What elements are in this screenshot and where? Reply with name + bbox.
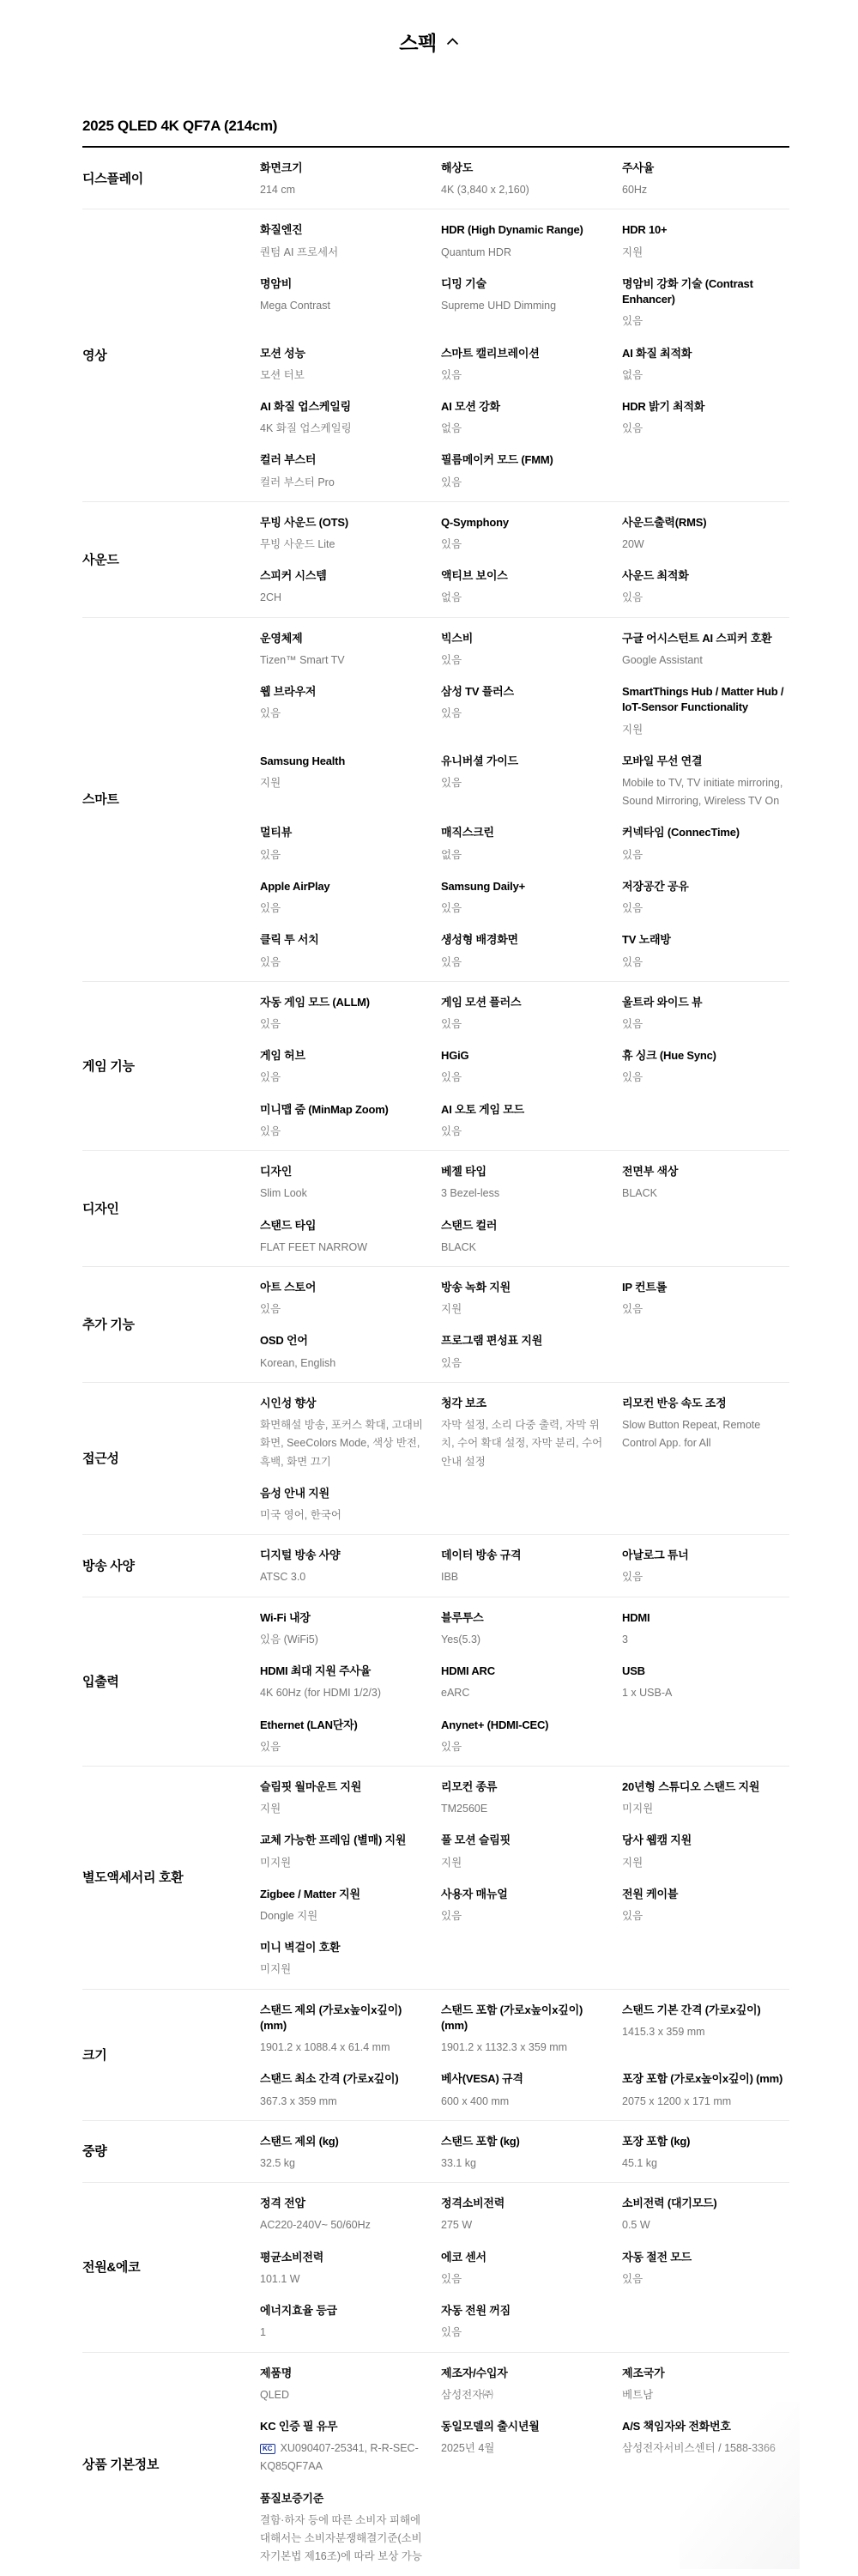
spec-cell: 미니 벽걸이 호환미지원 — [260, 1940, 427, 1979]
spec-item-label: 무빙 사운드 (OTS) — [260, 515, 424, 530]
spec-cell: 무빙 사운드 (OTS)무빙 사운드 Lite — [260, 515, 427, 554]
spec-item-value: 있음 — [622, 1300, 786, 1318]
spec-item-value: 있음 — [260, 1069, 424, 1087]
spec-item-label: 미니맵 줌 (MinMap Zoom) — [260, 1102, 424, 1118]
spec-item-value: 4K (3,840 x 2,160) — [441, 181, 605, 199]
spec-item-value: 2CH — [260, 589, 424, 607]
spec-item-label: 생성형 배경화면 — [441, 932, 605, 948]
spec-cell: 삼성 TV 플러스있음 — [441, 684, 608, 723]
spec-item-value: 있음 — [441, 1355, 605, 1373]
spec-item-value: 1 — [260, 2324, 424, 2342]
spec-item-value: AC220-240V~ 50/60Hz — [260, 2216, 424, 2234]
spec-item-value: BLACK — [622, 1185, 786, 1203]
spec-item-label: 베젤 타입 — [441, 1164, 605, 1179]
spec-item-label: 화질엔진 — [260, 222, 424, 238]
spec-cell: AI 화질 최적화없음 — [622, 346, 789, 385]
spec-item-label: 청각 보조 — [441, 1396, 605, 1411]
spec-item-label: 울트라 와이드 뷰 — [622, 995, 786, 1010]
spec-item-value: ATSC 3.0 — [260, 1568, 424, 1586]
spec-item-value: 무빙 사운드 Lite — [260, 536, 424, 554]
spec-item-value: 1415.3 x 359 mm — [622, 2023, 786, 2041]
spec-item-label: 제조자/수입자 — [441, 2366, 605, 2381]
spec-item-value: 삼성전자㈜ — [441, 2386, 605, 2404]
spec-item-label: Wi-Fi 내장 — [260, 1610, 424, 1626]
spec-item-value: 미국 영어, 한국어 — [260, 1506, 424, 1524]
spec-item-value: 베트남 — [622, 2386, 786, 2404]
spec-item-value: 있음 — [622, 1907, 786, 1925]
spec-cell: 빅스비있음 — [441, 631, 608, 670]
spec-item-value: 1901.2 x 1132.3 x 359 mm — [441, 2039, 605, 2057]
spec-item-value: 컬러 부스터 Pro — [260, 474, 424, 492]
spec-item-label: HDMI ARC — [441, 1664, 605, 1679]
section-label: 디자인 — [82, 1199, 260, 1226]
spec-item-value: 미지원 — [260, 1854, 424, 1872]
spec-cell: 모바일 무선 연결Mobile to TV, TV initiate mirro… — [622, 754, 789, 811]
spec-section-video: 영상화질엔진퀀텀 AI 프로세서HDR (High Dynamic Range)… — [82, 209, 789, 501]
section-label: 중량 — [82, 2142, 260, 2168]
spec-content: 2025 QLED 4K QF7A (214cm) 디스플레이화면크기214 c… — [82, 118, 789, 2576]
spec-cell: 미니맵 줌 (MinMap Zoom)있음 — [260, 1102, 427, 1141]
spec-item-label: 유니버셜 가이드 — [441, 754, 605, 769]
spec-cell: 스탠드 컬러BLACK — [441, 1218, 608, 1257]
spec-cell: 웹 브라우저있음 — [260, 684, 427, 723]
spec-cell: 커넥타임 (ConnecTime)있음 — [622, 825, 789, 864]
spec-item-label: HGiG — [441, 1048, 605, 1064]
section-label: 게임 기능 — [82, 1057, 260, 1083]
spec-item-label: TV 노래방 — [622, 932, 786, 948]
spec-item-value: 20W — [622, 536, 786, 554]
spec-cell: USB1 x USB-A — [622, 1664, 789, 1702]
spec-item-value: Dongle 지원 — [260, 1907, 424, 1925]
spec-cell: 게임 모션 플러스있음 — [441, 995, 608, 1033]
spec-item-label: 프로그램 편성표 지원 — [441, 1333, 605, 1349]
spec-cell: 음성 안내 지원미국 영어, 한국어 — [260, 1486, 427, 1524]
spec-item-value: 33.1 kg — [441, 2155, 605, 2173]
spec-cell: HDR (High Dynamic Range)Quantum HDR — [441, 222, 608, 261]
spec-section-sound: 사운드무빙 사운드 (OTS)무빙 사운드 LiteQ-Symphony있음사운… — [82, 502, 789, 618]
spec-cell: 아트 스토어있음 — [260, 1280, 427, 1318]
spec-item-label: 디밍 기술 — [441, 276, 605, 292]
spec-item-label: 아트 스토어 — [260, 1280, 424, 1295]
spec-cell: 유니버셜 가이드있음 — [441, 754, 608, 792]
spec-item-value: 있음 — [441, 474, 605, 492]
section-label: 전원&에코 — [82, 2258, 260, 2284]
spec-item-label: 클릭 투 서치 — [260, 932, 424, 948]
spec-cell: 포장 포함 (kg)45.1 kg — [622, 2134, 789, 2173]
spec-item-value: 275 W — [441, 2216, 605, 2234]
spec-item-value: 4K 화질 업스케일링 — [260, 420, 424, 438]
spec-cell: 자동 게임 모드 (ALLM)있음 — [260, 995, 427, 1033]
spec-item-label: 모션 성능 — [260, 346, 424, 361]
spec-cell: 베사(VESA) 규격600 x 400 mm — [441, 2071, 608, 2110]
spec-item-value: 4K 60Hz (for HDMI 1/2/3) — [260, 1684, 424, 1702]
section-cells: 운영체제Tizen™ Smart TV빅스비있음구글 어시스턴트 AI 스피커 … — [260, 626, 789, 981]
spec-item-label: 제품명 — [260, 2366, 424, 2381]
spec-cell: 스피커 시스템2CH — [260, 568, 427, 607]
spec-cell: 시인성 향상화면해설 방송, 포커스 확대, 고대비 화면, SeeColors… — [260, 1396, 427, 1471]
section-cells: 스탠드 제외 (kg)32.5 kg스탠드 포함 (kg)33.1 kg포장 포… — [260, 2129, 789, 2182]
page-title: 스펙 — [399, 27, 436, 56]
spec-cell: 생성형 배경화면있음 — [441, 932, 608, 971]
spec-item-label: 동일모델의 출시년월 — [441, 2419, 605, 2434]
spec-item-label: 포장 포함 (가로x높이x깊이) (mm) — [622, 2071, 786, 2087]
spec-item-label: 저장공간 공유 — [622, 879, 786, 894]
section-label: 크기 — [82, 2046, 260, 2072]
spec-item-value: 있음 — [260, 900, 424, 918]
spec-item-value: 있음 — [260, 1738, 424, 1756]
spec-item-label: 포장 포함 (kg) — [622, 2134, 786, 2149]
spec-section-accessibility: 접근성시인성 향상화면해설 방송, 포커스 확대, 고대비 화면, SeeCol… — [82, 1383, 789, 1535]
spec-item-label: 빅스비 — [441, 631, 605, 646]
spec-item-value: Mobile to TV, TV initiate mirroring, Sou… — [622, 774, 786, 811]
section-label: 입출력 — [82, 1672, 260, 1699]
spec-cell: HDR 10+지원 — [622, 222, 789, 261]
spec-item-value: 있음 — [441, 1015, 605, 1033]
spec-item-label: 방송 녹화 지원 — [441, 1280, 605, 1295]
spec-item-label: 필름메이커 모드 (FMM) — [441, 452, 605, 468]
spec-item-label: 품질보증기준 — [260, 2491, 424, 2506]
spec-item-label: 해상도 — [441, 161, 605, 176]
spec-item-value: 지원 — [441, 1854, 605, 1872]
spec-item-value: Mega Contrast — [260, 297, 424, 315]
section-label: 추가 기능 — [82, 1315, 260, 1342]
section-label: 별도액세서리 호환 — [82, 1868, 260, 1894]
spec-item-label: Apple AirPlay — [260, 879, 424, 894]
spec-item-label: 스피커 시스템 — [260, 568, 424, 584]
spec-item-value: 45.1 kg — [622, 2155, 786, 2173]
spec-cell: AI 모션 강화없음 — [441, 399, 608, 438]
spec-cell: 제조국가베트남 — [622, 2366, 789, 2404]
spec-cell: AI 오토 게임 모드있음 — [441, 1102, 608, 1141]
spec-cell: Q-Symphony있음 — [441, 515, 608, 554]
spec-cell: 자동 전원 꺼짐있음 — [441, 2303, 608, 2342]
spec-item-value: 2025년 4월 — [441, 2440, 605, 2458]
spec-item-label: 제조국가 — [622, 2366, 786, 2381]
spec-cell: 휴 싱크 (Hue Sync)있음 — [622, 1048, 789, 1087]
spec-item-label: 스마트 캘리브레이션 — [441, 346, 605, 361]
spec-cell: 명암비 강화 기술 (Contrast Enhancer)있음 — [622, 276, 789, 331]
spec-item-value: 있음 — [441, 367, 605, 385]
spec-cell: 필름메이커 모드 (FMM)있음 — [441, 452, 608, 491]
spec-item-label: 평균소비전력 — [260, 2250, 424, 2265]
spec-item-label: 전면부 색상 — [622, 1164, 786, 1179]
section-label: 영상 — [82, 346, 260, 373]
spec-item-value: 367.3 x 359 mm — [260, 2093, 424, 2111]
spec-section-weight: 중량스탠드 제외 (kg)32.5 kg스탠드 포함 (kg)33.1 kg포장… — [82, 2121, 789, 2183]
spec-item-value: 3 — [622, 1631, 786, 1649]
spec-item-value: 있음 — [441, 900, 605, 918]
section-cells: 자동 게임 모드 (ALLM)있음게임 모션 플러스있음울트라 와이드 뷰있음게… — [260, 990, 789, 1150]
section-cells: 시인성 향상화면해설 방송, 포커스 확대, 고대비 화면, SeeColors… — [260, 1391, 789, 1534]
spec-item-label: Samsung Daily+ — [441, 879, 605, 894]
spec-item-value: TM2560E — [441, 1800, 605, 1818]
spec-cell: 화면크기214 cm — [260, 161, 427, 199]
spec-item-value: KCXU090407-25341, R-R-SEC-KQ85QF7AA — [260, 2440, 424, 2476]
spec-item-label: OSD 언어 — [260, 1333, 424, 1349]
spec-item-value: 101.1 W — [260, 2270, 424, 2288]
spec-item-label: KC 인증 필 유무 — [260, 2419, 424, 2434]
spec-item-label: 블루투스 — [441, 1610, 605, 1626]
spec-item-label: IP 컨트롤 — [622, 1280, 786, 1295]
spec-item-label: 멀티뷰 — [260, 825, 424, 840]
spec-item-value: Korean, English — [260, 1355, 424, 1373]
spec-item-label: 사운드출력(RMS) — [622, 515, 786, 530]
spec-item-value: BLACK — [441, 1239, 605, 1257]
section-cells: Wi-Fi 내장있음 (WiFi5)블루투스Yes(5.3)HDMI3HDMI … — [260, 1605, 789, 1766]
spec-item-label: 모바일 무선 연결 — [622, 754, 786, 769]
spec-item-value: 미지원 — [260, 1961, 424, 1979]
spec-item-value: 있음 — [260, 954, 424, 972]
spec-cell: 해상도4K (3,840 x 2,160) — [441, 161, 608, 199]
spec-cell: 블루투스Yes(5.3) — [441, 1610, 608, 1649]
spec-cell: 정격 전압AC220-240V~ 50/60Hz — [260, 2196, 427, 2234]
spec-item-label: 미니 벽걸이 호환 — [260, 1940, 424, 1955]
spec-cell: 방송 녹화 지원지원 — [441, 1280, 608, 1318]
spec-item-value: 32.5 kg — [260, 2155, 424, 2173]
spec-item-label: 명암비 — [260, 276, 424, 292]
spec-cell: 사운드출력(RMS)20W — [622, 515, 789, 554]
spec-cell: 액티브 보이스없음 — [441, 568, 608, 607]
spec-cell: 에너지효율 등급1 — [260, 2303, 427, 2342]
spec-item-value: 있음 — [441, 1123, 605, 1141]
spec-item-label: 자동 게임 모드 (ALLM) — [260, 995, 424, 1010]
spec-item-label: Q-Symphony — [441, 515, 605, 530]
spec-item-label: 정격소비전력 — [441, 2196, 605, 2211]
spec-cell: Zigbee / Matter 지원Dongle 지원 — [260, 1887, 427, 1925]
spec-cell: 스탠드 포함 (kg)33.1 kg — [441, 2134, 608, 2173]
spec-item-value: 지원 — [622, 1854, 786, 1872]
spec-cell: 풀 모션 슬림핏지원 — [441, 1833, 608, 1871]
spec-item-label: 베사(VESA) 규격 — [441, 2071, 605, 2087]
spec-item-value: QLED — [260, 2386, 424, 2404]
spec-cell: 디밍 기술Supreme UHD Dimming — [441, 276, 608, 315]
spec-item-label: 스탠드 최소 간격 (가로x깊이) — [260, 2071, 424, 2087]
spec-item-value: 있음 — [622, 1015, 786, 1033]
spec-cell: Wi-Fi 내장있음 (WiFi5) — [260, 1610, 427, 1649]
spec-cell: HDMI ARCeARC — [441, 1664, 608, 1702]
spec-item-value: 있음 — [441, 774, 605, 792]
spec-cell: 멀티뷰있음 — [260, 825, 427, 864]
spec-cell: 정격소비전력275 W — [441, 2196, 608, 2234]
spec-item-value: 있음 — [622, 589, 786, 607]
spec-cell: 소비전력 (대기모드)0.5 W — [622, 2196, 789, 2234]
spec-item-label: 소비전력 (대기모드) — [622, 2196, 786, 2211]
spec-item-value: 있음 — [260, 705, 424, 723]
spec-section-basic-info: 상품 기본정보제품명QLED제조자/수입자삼성전자㈜제조국가베트남KC 인증 필… — [82, 2353, 789, 2576]
spec-cell: 컬러 부스터컬러 부스터 Pro — [260, 452, 427, 491]
spec-item-label: 스탠드 포함 (가로x높이x깊이) (mm) — [441, 2003, 605, 2034]
spec-item-label: Zigbee / Matter 지원 — [260, 1887, 424, 1902]
spec-item-label: 슬림핏 월마운트 지원 — [260, 1779, 424, 1795]
spec-cell: 스탠드 포함 (가로x높이x깊이) (mm)1901.2 x 1132.3 x … — [441, 2003, 608, 2058]
spec-item-label: 교체 가능한 프레임 (별매) 지원 — [260, 1833, 424, 1848]
spec-item-value: 있음 — [260, 1015, 424, 1033]
spec-item-label: 매직스크린 — [441, 825, 605, 840]
spec-cell: Samsung Health지원 — [260, 754, 427, 792]
section-cells: 아트 스토어있음방송 녹화 지원지원IP 컨트롤있음OSD 언어Korean, … — [260, 1275, 789, 1382]
spec-cell: 베젤 타입3 Bezel-less — [441, 1164, 608, 1203]
spec-item-label: HDR 10+ — [622, 222, 786, 238]
spec-item-value: 퀀텀 AI 프로세서 — [260, 244, 424, 262]
spec-item-value: Supreme UHD Dimming — [441, 297, 605, 315]
spec-item-value: 있음 — [260, 1123, 424, 1141]
spec-item-value: 1 x USB-A — [622, 1684, 786, 1702]
spec-item-label: 게임 모션 플러스 — [441, 995, 605, 1010]
spec-item-value: 미지원 — [622, 1800, 786, 1818]
spec-section-smart: 스마트운영체제Tizen™ Smart TV빅스비있음구글 어시스턴트 AI 스… — [82, 618, 789, 982]
spec-item-value: 지원 — [260, 1800, 424, 1818]
spec-cell: 에코 센서있음 — [441, 2250, 608, 2288]
spec-item-label: 컬러 부스터 — [260, 452, 424, 468]
spec-cell: 디자인Slim Look — [260, 1164, 427, 1203]
spec-cell: 포장 포함 (가로x높이x깊이) (mm)2075 x 1200 x 171 m… — [622, 2071, 789, 2110]
spec-item-value: 화면해설 방송, 포커스 확대, 고대비 화면, SeeColors Mode,… — [260, 1416, 424, 1471]
spec-item-value: 있음 — [441, 705, 605, 723]
spec-cell: 자동 절전 모드있음 — [622, 2250, 789, 2288]
spec-item-value: 있음 — [622, 312, 786, 330]
section-cells: 화질엔진퀀텀 AI 프로세서HDR (High Dynamic Range)Qu… — [260, 217, 789, 500]
spec-section-design: 디자인디자인Slim Look베젤 타입3 Bezel-less전면부 색상BL… — [82, 1151, 789, 1267]
spec-item-value: 있음 — [622, 900, 786, 918]
spec-item-label: A/S 책임자와 전화번호 — [622, 2419, 786, 2434]
spec-item-label: 스탠드 포함 (kg) — [441, 2134, 605, 2149]
spec-item-label: 스탠드 타입 — [260, 1218, 424, 1233]
spec-cell: Samsung Daily+있음 — [441, 879, 608, 918]
spec-item-value: 지원 — [260, 774, 424, 792]
spec-item-value: 있음 — [622, 2270, 786, 2288]
spec-item-label: 리모컨 종류 — [441, 1779, 605, 1795]
spec-item-value: 있음 — [622, 846, 786, 864]
spec-cell: 품질보증기준결함·하자 등에 따른 소비자 피해에 대해서는 소비자분쟁해결기준… — [260, 2491, 427, 2567]
spec-cell: 스탠드 최소 간격 (가로x깊이)367.3 x 359 mm — [260, 2071, 427, 2110]
spec-item-label: 에코 센서 — [441, 2250, 605, 2265]
spec-item-value: 2075 x 1200 x 171 mm — [622, 2093, 786, 2111]
spec-item-value: 없음 — [441, 589, 605, 607]
spec-item-label: 삼성 TV 플러스 — [441, 684, 605, 700]
spec-item-label: 당사 웹캠 지원 — [622, 1833, 786, 1848]
spec-cell: 매직스크린없음 — [441, 825, 608, 864]
spec-item-label: 정격 전압 — [260, 2196, 424, 2211]
spec-item-value: 있음 — [622, 1568, 786, 1586]
spec-cell: 아날로그 튜너있음 — [622, 1548, 789, 1586]
spec-accordion-header[interactable]: 스펙 — [0, 0, 858, 80]
spec-item-value: 모션 터보 — [260, 367, 424, 385]
spec-item-value: 있음 — [622, 954, 786, 972]
spec-section-display: 디스플레이화면크기214 cm해상도4K (3,840 x 2,160)주사율6… — [82, 148, 789, 209]
spec-item-label: 스탠드 제외 (kg) — [260, 2134, 424, 2149]
spec-item-label: 스탠드 컬러 — [441, 1218, 605, 1233]
spec-section-extra-features: 추가 기능아트 스토어있음방송 녹화 지원지원IP 컨트롤있음OSD 언어Kor… — [82, 1267, 789, 1383]
spec-item-value: 있음 — [441, 536, 605, 554]
spec-cell: 슬림핏 월마운트 지원지원 — [260, 1779, 427, 1818]
spec-item-value: 600 x 400 mm — [441, 2093, 605, 2111]
spec-section-power-eco: 전원&에코정격 전압AC220-240V~ 50/60Hz정격소비전력275 W… — [82, 2183, 789, 2352]
spec-cell: HDMI 최대 지원 주사율4K 60Hz (for HDMI 1/2/3) — [260, 1664, 427, 1702]
spec-cell: 운영체제Tizen™ Smart TV — [260, 631, 427, 670]
spec-cell: 디지털 방송 사양ATSC 3.0 — [260, 1548, 427, 1586]
spec-item-value: 있음 — [441, 954, 605, 972]
spec-item-label: 자동 절전 모드 — [622, 2250, 786, 2265]
spec-item-label: HDR 밝기 최적화 — [622, 399, 786, 415]
spec-cell: 울트라 와이드 뷰있음 — [622, 995, 789, 1033]
spec-cell: IP 컨트롤있음 — [622, 1280, 789, 1318]
spec-item-label: HDR (High Dynamic Range) — [441, 222, 605, 238]
spec-item-value: FLAT FEET NARROW — [260, 1239, 424, 1257]
spec-item-label: Ethernet (LAN단자) — [260, 1718, 424, 1733]
section-cells: 슬림핏 월마운트 지원지원리모컨 종류TM2560E20년형 스튜디오 스탠드 … — [260, 1774, 789, 1989]
spec-item-label: 음성 안내 지원 — [260, 1486, 424, 1501]
section-label: 상품 기본정보 — [82, 2455, 260, 2482]
spec-item-value: Quantum HDR — [441, 244, 605, 262]
spec-section-accessory-compat: 별도액세서리 호환슬림핏 월마운트 지원지원리모컨 종류TM2560E20년형 … — [82, 1767, 789, 1990]
spec-section-io: 입출력Wi-Fi 내장있음 (WiFi5)블루투스Yes(5.3)HDMI3HD… — [82, 1597, 789, 1767]
spec-item-value: 0.5 W — [622, 2216, 786, 2234]
spec-item-label: 디자인 — [260, 1164, 424, 1179]
kc-mark-icon: KC — [260, 2444, 275, 2454]
spec-item-label: 스탠드 제외 (가로x높이x깊이)(mm) — [260, 2003, 424, 2034]
spec-item-label: 데이터 방송 규격 — [441, 1548, 605, 1563]
spec-item-value: eARC — [441, 1684, 605, 1702]
spec-cell: 스탠드 타입FLAT FEET NARROW — [260, 1218, 427, 1257]
spec-cell: HDMI3 — [622, 1610, 789, 1649]
spec-item-value: 자막 설정, 소리 다중 출력, 자막 위치, 수어 확대 설정, 자막 분리,… — [441, 1416, 605, 1471]
spec-item-value: Slim Look — [260, 1185, 424, 1203]
section-cells: 제품명QLED제조자/수입자삼성전자㈜제조국가베트남KC 인증 필 유무KCXU… — [260, 2361, 789, 2576]
spec-cell: SmartThings Hub / Matter Hub / IoT-Senso… — [622, 684, 789, 739]
section-label: 접근성 — [82, 1449, 260, 1476]
spec-cell: 교체 가능한 프레임 (별매) 지원미지원 — [260, 1833, 427, 1871]
spec-cell: AI 화질 업스케일링4K 화질 업스케일링 — [260, 399, 427, 438]
spec-item-value: Tizen™ Smart TV — [260, 652, 424, 670]
chevron-up-icon — [446, 38, 459, 45]
spec-item-value: 1901.2 x 1088.4 x 61.4 mm — [260, 2039, 424, 2057]
section-label: 스마트 — [82, 790, 260, 816]
spec-cell: 리모컨 반응 속도 조정Slow Button Repeat, Remote C… — [622, 1396, 789, 1453]
spec-cell: Ethernet (LAN단자)있음 — [260, 1718, 427, 1756]
spec-cell: 전원 케이블있음 — [622, 1887, 789, 1925]
spec-item-value: Slow Button Repeat, Remote Control App. … — [622, 1416, 786, 1453]
spec-cell: 스탠드 기본 간격 (가로x깊이)1415.3 x 359 mm — [622, 2003, 789, 2041]
spec-item-label: 아날로그 튜너 — [622, 1548, 786, 1563]
spec-item-label: 휴 싱크 (Hue Sync) — [622, 1048, 786, 1064]
spec-cell: HDR 밝기 최적화있음 — [622, 399, 789, 438]
spec-cell: 리모컨 종류TM2560E — [441, 1779, 608, 1818]
section-label: 방송 사양 — [82, 1556, 260, 1583]
spec-item-value: 214 cm — [260, 181, 424, 199]
spec-item-value: 3 Bezel-less — [441, 1185, 605, 1203]
spec-item-value: 있음 — [622, 1069, 786, 1087]
spec-item-label: 액티브 보이스 — [441, 568, 605, 584]
spec-item-label: 사운드 최적화 — [622, 568, 786, 584]
spec-item-label: 시인성 향상 — [260, 1396, 424, 1411]
spec-cell: 모션 성능모션 터보 — [260, 346, 427, 385]
spec-item-label: 명암비 강화 기술 (Contrast Enhancer) — [622, 276, 786, 307]
spec-section-size: 크기스탠드 제외 (가로x높이x깊이)(mm)1901.2 x 1088.4 x… — [82, 1990, 789, 2121]
spec-cell: 20년형 스튜디오 스탠드 지원미지원 — [622, 1779, 789, 1818]
spec-item-label: AI 모션 강화 — [441, 399, 605, 415]
spec-item-label: 화면크기 — [260, 161, 424, 176]
section-cells: 스탠드 제외 (가로x높이x깊이)(mm)1901.2 x 1088.4 x 6… — [260, 1997, 789, 2120]
spec-item-value: 60Hz — [622, 181, 786, 199]
spec-cell: A/S 책임자와 전화번호삼성전자서비스센터 / 1588-3366 — [622, 2419, 789, 2458]
spec-item-value: 없음 — [441, 420, 605, 438]
spec-item-value: 삼성전자서비스센터 / 1588-3366 — [622, 2440, 786, 2458]
spec-table: 디스플레이화면크기214 cm해상도4K (3,840 x 2,160)주사율6… — [82, 146, 789, 2576]
spec-item-value: Google Assistant — [622, 652, 786, 670]
spec-cell: Anynet+ (HDMI-CEC)있음 — [441, 1718, 608, 1756]
spec-item-label: 커넥타임 (ConnecTime) — [622, 825, 786, 840]
spec-item-label: HDMI — [622, 1610, 786, 1626]
